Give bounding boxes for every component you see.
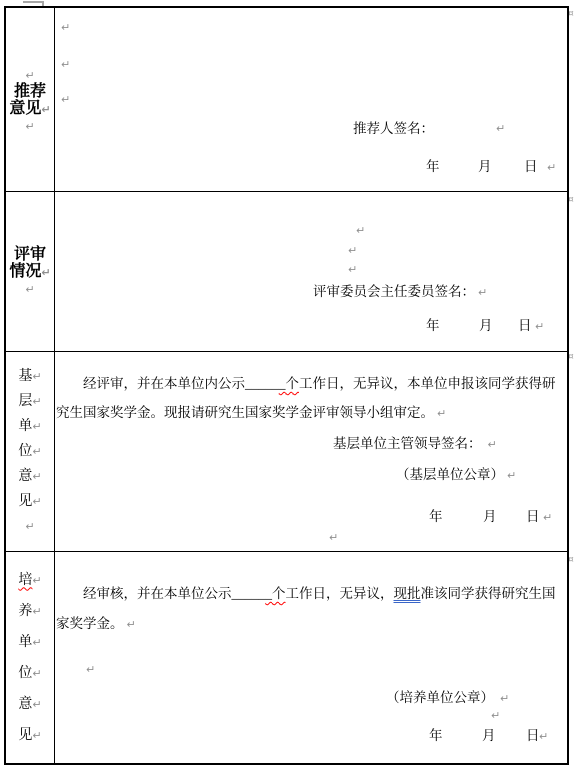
date-line: 年 月 日 ↵ xyxy=(55,509,567,525)
pilcrow-icon: ↵ xyxy=(41,103,50,116)
pilcrow-icon: ↵ xyxy=(32,605,41,618)
pilcrow-icon: ↵ xyxy=(61,59,70,70)
pilcrow-icon: ↵ xyxy=(547,162,556,173)
pilcrow-icon: ↵ xyxy=(500,692,509,705)
grammar-flagged-text: 现批 xyxy=(394,586,421,601)
pilcrow-icon: ↵ xyxy=(25,283,34,296)
row-title-line: 情况↵ xyxy=(9,263,50,280)
body-cell-review: ↵ ↵ ↵ 评审委员会主任委员签名：↵ 年 月 日 ↵ xyxy=(55,192,567,351)
pilcrow-icon: ↵ xyxy=(543,512,552,523)
pilcrow-icon: ↵ xyxy=(539,731,548,742)
pilcrow-icon: ↵ xyxy=(25,120,34,133)
spellcheck-flagged-text: _个 xyxy=(265,586,285,601)
row-title-line: 推荐 xyxy=(14,83,46,100)
spellcheck-flagged-text: _个 xyxy=(279,376,299,391)
pilcrow-icon: ↵ xyxy=(61,94,70,105)
row-title-char: 意↵ xyxy=(18,464,41,489)
header-cell-training-unit: 培↵ 养↵ 单↵ 位↵ 意↵ 见↵ xyxy=(6,552,55,763)
pilcrow-icon: ↵ xyxy=(32,370,41,383)
year-label: 年 xyxy=(426,318,440,334)
pilcrow-icon: ↵ xyxy=(32,667,41,680)
body-cell-recommendation: ↵ ↵ ↵ 推荐人签名： ↵ 年 月 日 ↵ xyxy=(55,8,567,191)
blank-underline: _____ xyxy=(245,376,279,391)
pilcrow-icon: ↵ xyxy=(329,532,338,543)
pilcrow-icon: ↵ xyxy=(32,636,41,649)
pilcrow-icon: ↵ xyxy=(488,438,497,451)
pilcrow-icon: ↵ xyxy=(32,574,41,587)
pilcrow-icon: ↵ xyxy=(496,123,505,134)
pilcrow-icon: ↵ xyxy=(356,225,365,236)
row-title-char: 见↵ xyxy=(18,720,41,751)
pilcrow-icon: ↵ xyxy=(32,495,41,508)
month-label: 月 xyxy=(483,509,497,525)
day-label: 日 xyxy=(524,159,538,175)
pilcrow-icon: ↵ xyxy=(127,618,136,631)
row-title-char: 意↵ xyxy=(18,689,41,720)
row-title-char: 单↵ xyxy=(18,627,41,658)
pilcrow-icon: ↵ xyxy=(61,22,70,33)
day-label: 日 xyxy=(518,318,532,334)
row-review: 评审 情况↵ ↵ ↵ ↵ ↵ 评审委员会主任委员签名：↵ 年 月 日 ↵ xyxy=(6,192,567,352)
blank-underline: _____ xyxy=(232,586,266,601)
pilcrow-icon: ↵ xyxy=(437,407,446,420)
month-label: 月 xyxy=(482,728,496,744)
pilcrow-icon: ↵ xyxy=(32,420,41,433)
row-base-unit: 基↵ 层↵ 单↵ 位↵ 意↵ 见↵ ↵ 经评审，并在本单位内公示______个工… xyxy=(6,352,567,552)
signature-label: 评审委员会主任委员签名：↵ xyxy=(313,284,487,300)
row-title-line: 意见↵ xyxy=(9,100,50,117)
row-title-char: 基↵ xyxy=(18,364,41,389)
document-page: ¤ ¤ ¤ ¤ ↵ 推荐 意见↵ ↵ ↵ ↵ ↵ 推荐人签名： ↵ 年 月 日 xyxy=(0,0,574,768)
pilcrow-icon: ↵ xyxy=(478,286,487,299)
month-label: 月 xyxy=(478,159,492,175)
pilcrow-icon: ↵ xyxy=(491,710,500,721)
day-label: 日 xyxy=(526,728,540,744)
pilcrow-icon: ↵ xyxy=(25,520,34,533)
scholarship-form-table: ↵ 推荐 意见↵ ↵ ↵ ↵ ↵ 推荐人签名： ↵ 年 月 日 ↵ xyxy=(4,6,569,765)
body-cell-training-unit: 经审核，并在本单位公示______个工作日，无异议，现批准该同学获得研究生国 家… xyxy=(55,552,567,763)
day-label: 日 xyxy=(526,509,540,525)
pilcrow-icon: ↵ xyxy=(32,470,41,483)
row-title-char: 养↵ xyxy=(18,596,41,627)
row-title-char: 培↵ xyxy=(18,565,41,596)
date-line: 年 月 日 ↵ xyxy=(55,159,567,175)
pilcrow-icon: ↵ xyxy=(32,445,41,458)
pilcrow-icon: ↵ xyxy=(348,245,357,256)
row-title-line: 评审 xyxy=(14,246,46,263)
body-text-line: 经评审，并在本单位内公示______个工作日，无异议，本单位申报该同学获得研 xyxy=(56,376,556,392)
ruler-artifact xyxy=(23,1,44,3)
year-label: 年 xyxy=(429,728,443,744)
header-cell-recommendation: ↵ 推荐 意见↵ ↵ xyxy=(6,8,55,191)
header-cell-base-unit: 基↵ 层↵ 单↵ 位↵ 意↵ 见↵ ↵ xyxy=(6,352,55,551)
signature-label: 基层单位主管领导签名：↵ xyxy=(333,436,497,452)
body-cell-base-unit: 经评审，并在本单位内公示______个工作日，无异议，本单位申报该同学获得研 究… xyxy=(55,352,567,551)
body-text-line: 究生国家奖学金。现报请研究生国家奖学金评审领导小组审定。↵ xyxy=(56,405,446,421)
signature-label: 推荐人签名： xyxy=(353,121,434,137)
year-label: 年 xyxy=(426,159,440,175)
row-title-char: 位↵ xyxy=(18,439,41,464)
row-title-char: 位↵ xyxy=(18,658,41,689)
pilcrow-icon: ↵ xyxy=(25,69,34,82)
date-line: 年 月 日 ↵ xyxy=(55,318,567,334)
seal-label: （培养单位公章）↵ xyxy=(386,690,509,706)
row-title-char: 单↵ xyxy=(18,414,41,439)
row-training-unit: 培↵ 养↵ 单↵ 位↵ 意↵ 见↵ 经审核，并在本单位公示______个工作日，… xyxy=(6,552,567,763)
pilcrow-icon: ↵ xyxy=(535,321,544,332)
pilcrow-icon: ↵ xyxy=(32,395,41,408)
body-text-line: 经审核，并在本单位公示______个工作日，无异议，现批准该同学获得研究生国 xyxy=(56,586,556,602)
pilcrow-icon: ↵ xyxy=(32,729,41,742)
row-title-char: 见↵ xyxy=(18,489,41,514)
pilcrow-icon: ↵ xyxy=(507,469,516,482)
year-label: 年 xyxy=(429,509,443,525)
header-cell-review: 评审 情况↵ ↵ xyxy=(6,192,55,351)
row-recommendation: ↵ 推荐 意见↵ ↵ ↵ ↵ ↵ 推荐人签名： ↵ 年 月 日 ↵ xyxy=(6,8,567,192)
spellcheck-flagged-text: 培 xyxy=(18,573,32,588)
date-line: 年 月 日 ↵ xyxy=(55,728,567,744)
row-title-char: 层↵ xyxy=(18,389,41,414)
seal-label: （基层单位公章）↵ xyxy=(396,467,516,483)
pilcrow-icon: ↵ xyxy=(86,664,95,675)
body-text-line: 家奖学金。↵ xyxy=(56,616,136,632)
pilcrow-icon: ↵ xyxy=(32,698,41,711)
pilcrow-icon: ↵ xyxy=(41,266,50,279)
pilcrow-icon: ↵ xyxy=(348,264,357,275)
month-label: 月 xyxy=(479,318,493,334)
